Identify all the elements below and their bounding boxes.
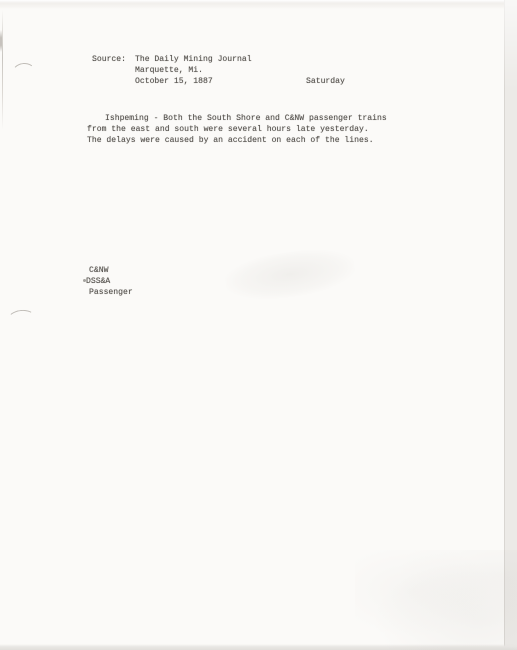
scan-right-edge-highlight (504, 0, 517, 90)
source-publication: The Daily Mining Journal (135, 54, 252, 65)
source-location: Marquette, Mi. (135, 65, 203, 76)
ring-impression-mark-middle (7, 309, 36, 328)
article-line: The delays were caused by an accident on… (87, 135, 374, 146)
scanned-page: Source: The Daily Mining Journal Marquet… (0, 0, 517, 650)
scan-top-edge (0, 0, 517, 9)
index-tag-dssa: DSS&A (86, 276, 110, 287)
article-line: from the east and south were several hou… (87, 124, 369, 135)
ring-impression-mark-top (11, 62, 37, 84)
index-tag-cnw: C&NW (89, 265, 108, 276)
index-tag-passenger: Passenger (89, 287, 133, 298)
weekday-label: Saturday (306, 76, 345, 87)
paper-smudge (223, 243, 358, 306)
paper-texture-bottom-right (355, 550, 517, 650)
article-line: Ishpeming - Both the South Shore and C&N… (105, 113, 387, 124)
page-left-edge-shadow (2, 10, 3, 130)
source-date: October 15, 1887 (135, 76, 213, 87)
source-label: Source: (92, 54, 126, 65)
left-edge-mark (0, 30, 2, 52)
